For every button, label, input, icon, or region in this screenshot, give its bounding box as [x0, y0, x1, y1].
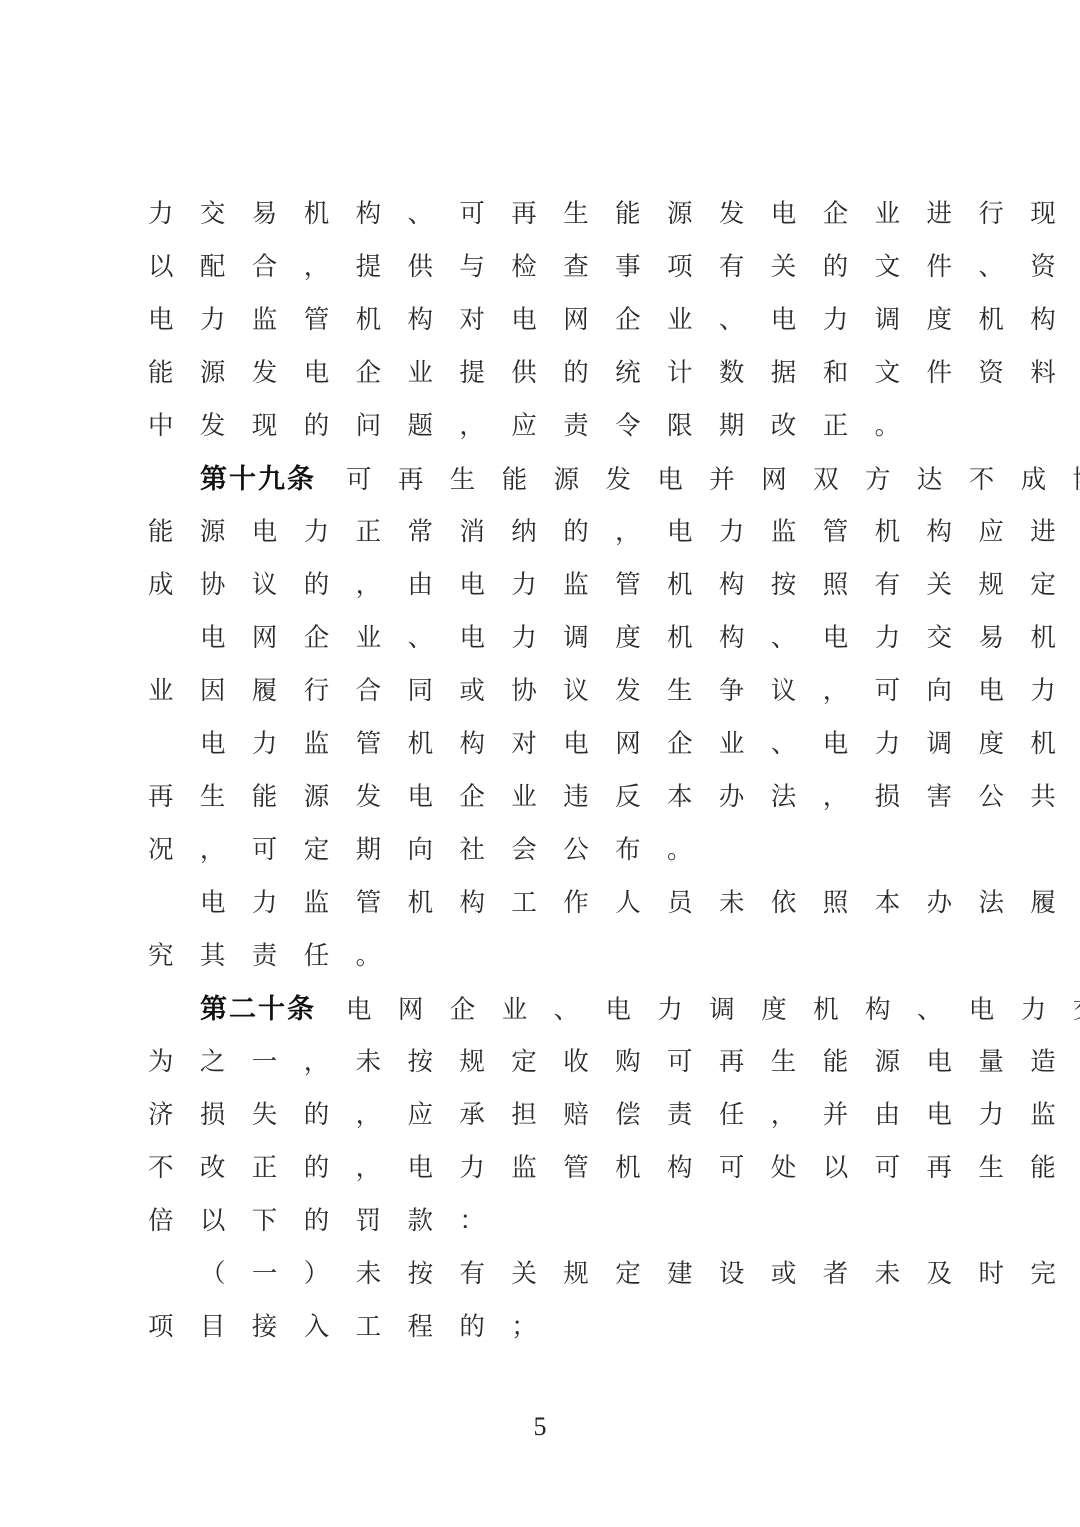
text-line: 倍以下的罚款：	[148, 1195, 938, 1248]
text-line: （一）未按有关规定建设或者未及时完成建设可再生能源发电	[148, 1248, 938, 1301]
paragraph-dispute-mediation: 电网企业、电力调度机构、电力交易机构和可再生能源发电企 业因履行合同或协议发生争…	[148, 612, 938, 718]
text-line: 力交易机构、可再生能源发电企业进行现场检查，被检查单位应予	[148, 188, 938, 241]
text-line: 能源电力正常消纳的，电力监管机构应进行协调；经协调仍不能达	[148, 506, 938, 559]
document-body: 力交易机构、可再生能源发电企业进行现场检查，被检查单位应予 以配合，提供与检查事…	[148, 188, 938, 1354]
text-line: 不改正的，电力监管机构可处以可再生能源发电企业经济损失额一	[148, 1142, 938, 1195]
article-number: 第二十条	[200, 994, 316, 1025]
text-line: 电力监管机构对电网企业、电力调度机构、电力交易机构、可再生	[148, 294, 938, 347]
article-20: 第二十条电网企业、电力调度机构、电力交易机构有下列行 为之一，未按规定收购可再生…	[148, 983, 938, 1248]
text-line: 究其责任。	[148, 930, 938, 983]
paragraph-public-disclosure: 电力监管机构对电网企业、电力调度机构、电力交易机构、可 再生能源发电企业违反本办…	[148, 718, 938, 877]
text-line: 第二十条电网企业、电力调度机构、电力交易机构有下列行	[148, 983, 938, 1036]
text-line: 电网企业、电力调度机构、电力交易机构和可再生能源发电企	[148, 612, 938, 665]
article-19: 第十九条可再生能源发电并网双方达不成协议，影响可再生 能源电力正常消纳的，电力监…	[148, 453, 938, 612]
list-item-1: （一）未按有关规定建设或者未及时完成建设可再生能源发电 项目接入工程的；	[148, 1248, 938, 1354]
paragraph-staff-accountability: 电力监管机构工作人员未依照本办法履行监管职责的，依法追 究其责任。	[148, 877, 938, 983]
text-line: 项目接入工程的；	[148, 1301, 938, 1354]
article-text: 可再生能源发电并网双方达不成协议，影响可再生	[346, 465, 1080, 495]
text-line: 中发现的问题，应责令限期改正。	[148, 400, 938, 453]
text-line: 成协议的，由电力监管机构按照有关规定予以裁决。	[148, 559, 938, 612]
text-line: 济损失的，应承担赔偿责任，并由电力监管机构责令限期改正；拒	[148, 1089, 938, 1142]
article-number: 第十九条	[200, 464, 316, 495]
text-line: 业因履行合同或协议发生争议，可向电力监管机构申请调解。	[148, 665, 938, 718]
text-line: 电力监管机构工作人员未依照本办法履行监管职责的，依法追	[148, 877, 938, 930]
document-page: 力交易机构、可再生能源发电企业进行现场检查，被检查单位应予 以配合，提供与检查事…	[0, 0, 1080, 1527]
article-text: 电网企业、电力调度机构、电力交易机构有下列行	[346, 995, 1080, 1025]
text-line: 再生能源发电企业违反本办法，损害公共利益的行为及其处理情	[148, 771, 938, 824]
page-number: 5	[0, 1412, 1080, 1442]
text-line: 电力监管机构对电网企业、电力调度机构、电力交易机构、可	[148, 718, 938, 771]
paragraph-inspection-continued: 力交易机构、可再生能源发电企业进行现场检查，被检查单位应予 以配合，提供与检查事…	[148, 188, 938, 453]
text-line: 能源发电企业提供的统计数据和文件资料可依法进行核查，对核查	[148, 347, 938, 400]
text-line: 况，可定期向社会公布。	[148, 824, 938, 877]
text-line: 为之一，未按规定收购可再生能源电量造成可再生能源发电企业经	[148, 1036, 938, 1089]
text-line: 第十九条可再生能源发电并网双方达不成协议，影响可再生	[148, 453, 938, 506]
text-line: 以配合，提供与检查事项有关的文件、资料，并如实回答有关问题。	[148, 241, 938, 294]
